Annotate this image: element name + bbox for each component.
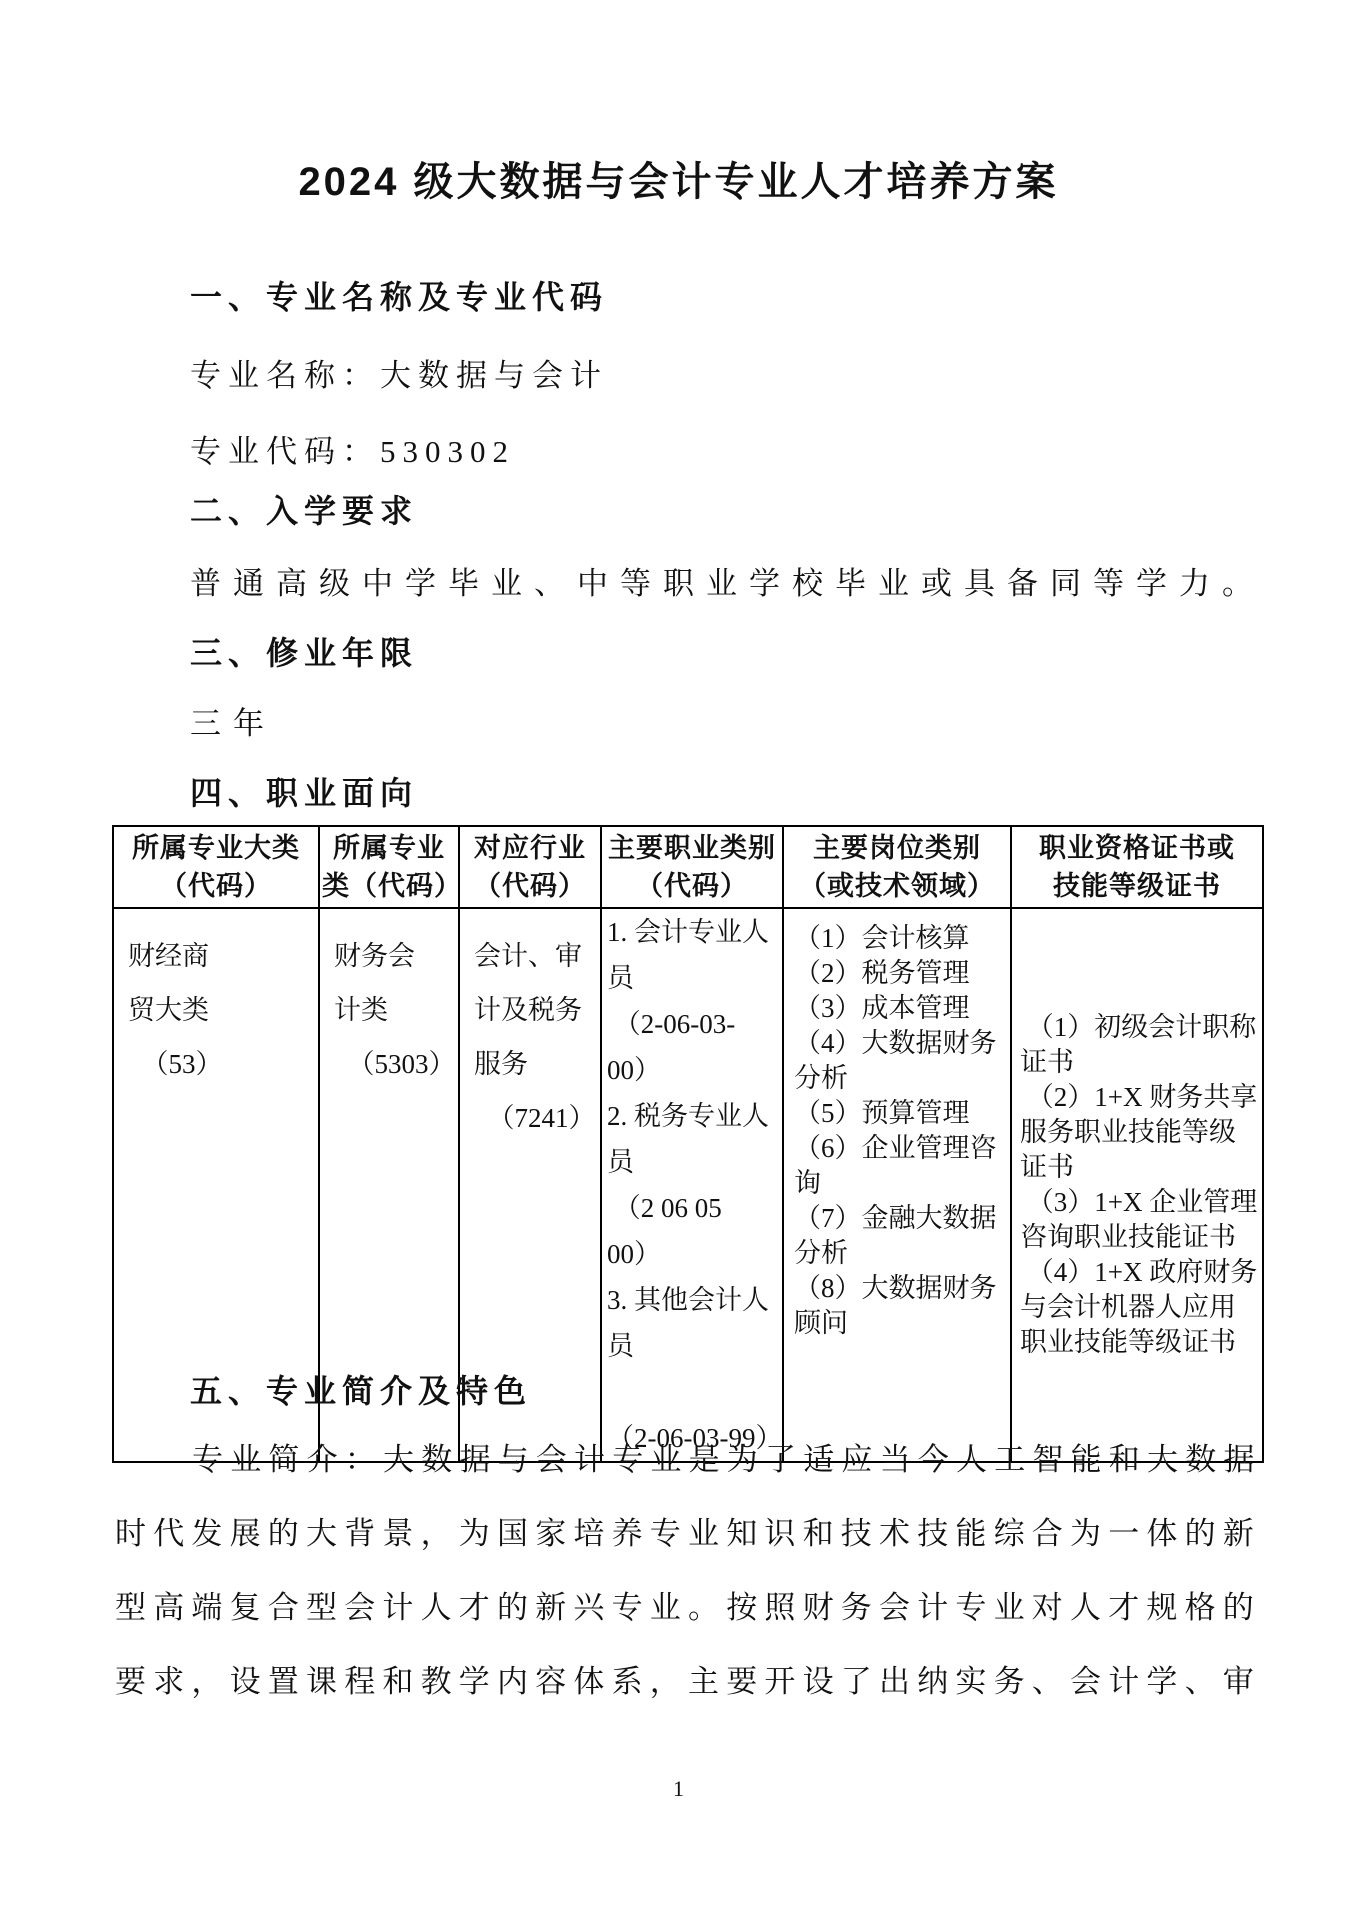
header-post-category: 主要岗位类别 （或技术领域） [783,826,1011,908]
section-heading-3: 三、修业年限 [190,628,418,674]
study-duration-line: 三年 [190,698,276,743]
header-industry: 对应行业 （代码） [459,826,601,908]
major-name-line: 专业名称：大数据与会计 [190,350,608,395]
section-heading-1: 一、专业名称及专业代码 [190,272,608,318]
header-major-category: 所属专业大类 （代码） [113,826,319,908]
cell-post-category: （1）会计核算 （2）税务管理 （3）成本管理 （4）大数据财务 分析 （5）预… [783,908,1011,1462]
page-number: 1 [0,1776,1357,1802]
header-occupation-category: 主要职业类别 （代码） [601,826,783,908]
intro-paragraph-line-1: 专业简介：大数据与会计专业是为了适应当今人工智能和大数据 [115,1434,1275,1479]
section-heading-2: 二、入学要求 [190,486,418,532]
section-heading-5: 五、专业简介及特色 [190,1366,532,1412]
page-title: 2024 级大数据与会计专业人才培养方案 [0,150,1357,207]
section-heading-4: 四、职业面向 [190,768,418,814]
admission-requirement-line: 普通高级中学毕业、中等职业学校毕业或具备同等学力。 [190,558,1265,603]
cell-occupation-category: 1. 会计专业人员 （2-06-03-00） 2. 税务专业人员 （2 06 0… [601,908,783,1462]
header-certificates: 职业资格证书或 技能等级证书 [1011,826,1263,908]
document-page: 2024 级大数据与会计专业人才培养方案 一、专业名称及专业代码 专业名称：大数… [0,0,1357,1920]
intro-paragraph-line-2: 时代发展的大背景，为国家培养专业知识和技术技能综合为一体的新 [115,1508,1275,1553]
header-major-class: 所属专业 类（代码） [319,826,459,908]
cell-certificates: （1）初级会计职称 证书 （2）1+X 财务共享 服务职业技能等级 证书 （3）… [1011,908,1263,1462]
major-code-line: 专业代码：530302 [190,426,515,471]
intro-paragraph-line-3: 型高端复合型会计人才的新兴专业。按照财务会计专业对人才规格的 [115,1582,1275,1627]
intro-paragraph-line-4: 要求，设置课程和教学内容体系，主要开设了出纳实务、会计学、审 [115,1656,1275,1701]
table-header-row: 所属专业大类 （代码） 所属专业 类（代码） 对应行业 （代码） 主要职业类别 … [113,826,1263,908]
